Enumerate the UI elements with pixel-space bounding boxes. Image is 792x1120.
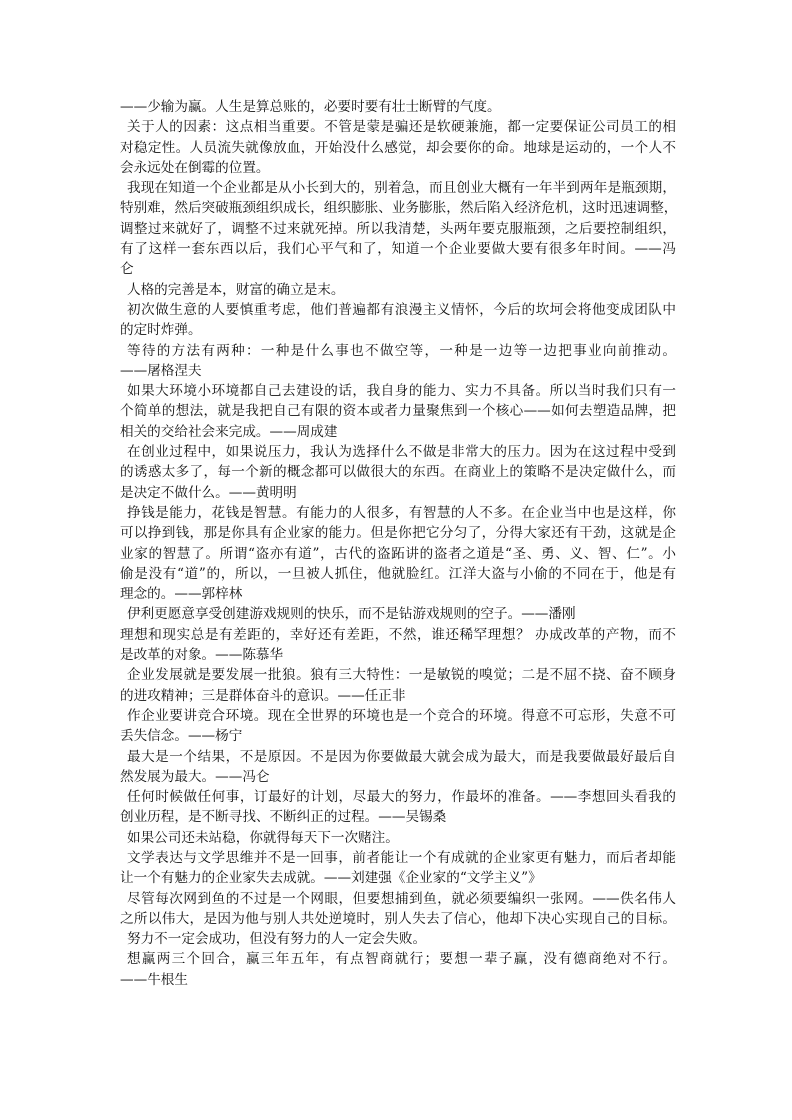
text-line: 是决定不做什么。——黄明明 [120,483,676,503]
text-line: 对稳定性。人员流失就像放血，开始没什么感觉，却会要你的命。地球是运动的，一个人不 [120,138,676,158]
text-line: 文学表达与文学思维并不是一回事，前者能让一个有成就的企业家更有魅力，而后者却能 [120,848,676,868]
text-line: 业家的智慧了。所谓“盗亦有道”，古代的盗跖讲的盗者之道是“圣、勇、义、智、仁”。… [120,544,676,564]
text-line: 可以挣到钱，那是你具有企业家的能力。但是你把它分匀了，分得大家还有干劲，这就是企 [120,523,676,543]
text-line: 特别难，然后突破瓶颈组织成长，组织膨胀、业务膨胀，然后陷入经济危机，这时迅速调整… [120,198,676,218]
text-line: 有了这样一套东西以后，我们心平气和了，知道一个企业要做大要有很多年时间。——冯 [120,239,676,259]
text-line: 初次做生意的人要慎重考虑，他们普遍都有浪漫主义情怀，今后的坎坷会将他变成团队中 [120,300,676,320]
text-line: 会永远处在倒霉的位置。 [120,158,676,178]
text-line: 企业发展就是要发展一批狼。狼有三大特性：一是敏锐的嗅觉；二是不屈不挠、奋不顾身 [120,665,676,685]
text-line: 如果大环境小环境都自己去建设的话，我自身的能力、实力不具备。所以当时我们只有一 [120,381,676,401]
text-line: 然发展为最大。——冯仑 [120,767,676,787]
text-line: 任何时候做任何事，订最好的计划，尽最大的努力，作最坏的准备。——李想回头看我的 [120,787,676,807]
text-line: 伊利更愿意享受创建游戏规则的快乐，而不是钻游戏规则的空子。——潘刚 [120,604,676,624]
text-line: 让一个有魅力的企业家失去成就。——刘建强《企业家的“文学主义”》 [120,868,676,888]
text-line: ——屠格涅夫 [120,361,676,381]
text-line: 相关的交给社会来完成。——周成建 [120,422,676,442]
text-line: 努力不一定会成功，但没有努力的人一定会失败。 [120,929,676,949]
text-line: 理念的。——郭梓林 [120,584,676,604]
text-line: 的进攻精神；三是群体奋斗的意识。——任正非 [120,686,676,706]
text-line: 是改革的对象。——陈慕华 [120,645,676,665]
text-line: 最大是一个结果，不是原因。不是因为你要做最大就会成为最大，而是我要做最好最后自 [120,747,676,767]
text-line: 创业历程，是不断寻找、不断纠正的过程。——吴锡桑 [120,807,676,827]
text-line: 想赢两三个回合，赢三年五年，有点智商就行；要想一辈子赢，没有德商绝对不行。 [120,949,676,969]
text-line: 关于人的因素：这点相当重要。不管是蒙是骗还是软硬兼施，都一定要保证公司员工的相 [120,117,676,137]
text-line: 如果公司还未站稳，你就得每天下一次赌注。 [120,828,676,848]
text-line: 作企业要讲竞合环境。现在全世界的环境也是一个竞合的环境。得意不可忘形，失意不可 [120,706,676,726]
text-line: 偷是没有“道”的，所以，一旦被人抓住，他就脸红。江洋大盗与小偷的不同在于，他是有 [120,564,676,584]
text-line: 尽管每次网到鱼的不过是一个网眼，但要想捕到鱼，就必须要编织一张网。——佚名伟人 [120,889,676,909]
text-line: ——牛根生 [120,970,676,990]
document-page: ——少输为赢。人生是算总账的，必要时要有壮士断臂的气度。关于人的因素：这点相当重… [120,97,676,990]
text-line: 理想和现实总是有差距的，幸好还有差距，不然，谁还稀罕理想？ 办成改革的产物，而不 [120,625,676,645]
text-line: 人格的完善是本，财富的确立是末。 [120,280,676,300]
text-line: 的诱惑太多了，每一个新的概念都可以做很大的东西。在商业上的策略不是决定做什么，而 [120,462,676,482]
text-line: 仑 [120,259,676,279]
text-line: 的定时炸弹。 [120,320,676,340]
text-line: 我现在知道一个企业都是从小长到大的，别着急，而且创业大概有一年半到两年是瓶颈期， [120,178,676,198]
text-line: 个简单的想法，就是我把自己有限的资本或者力量聚焦到一个核心——如何去塑造品牌，把 [120,401,676,421]
text-line: 调整过来就好了，调整不过来就死掉。所以我清楚，头两年要克服瓶颈，之后要控制组织， [120,219,676,239]
text-line: 之所以伟大，是因为他与别人共处逆境时，别人失去了信心，他却下决心实现自己的目标。 [120,909,676,929]
text-line: 挣钱是能力，花钱是智慧。有能力的人很多，有智慧的人不多。在企业当中也是这样，你 [120,503,676,523]
text-line: ——少输为赢。人生是算总账的，必要时要有壮士断臂的气度。 [120,97,676,117]
text-line: 丢失信念。——杨宁 [120,726,676,746]
text-line: 等待的方法有两种：一种是什么事也不做空等，一种是一边等一边把事业向前推动。 [120,341,676,361]
text-line: 在创业过程中，如果说压力，我认为选择什么不做是非常大的压力。因为在这过程中受到 [120,442,676,462]
